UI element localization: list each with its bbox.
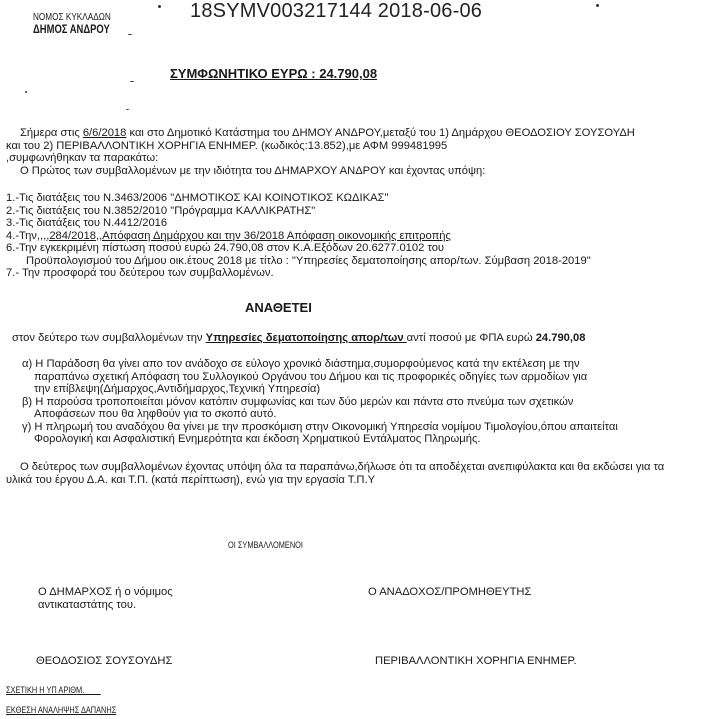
consideration-item: 7.- Την προσφορά του δεύτερου των συμβαλ… — [6, 267, 591, 280]
intro-paragraph: Σήμερα στις 6/6/2018 και στο Δημοτικό Κα… — [6, 127, 635, 177]
consideration-item-cont: Προϋπολογισμού του Δήμου οικ.έτους 2018 … — [6, 255, 591, 268]
considerations-list: 1.-Τις διατάξεις του Ν.3463/2006 "ΔΗΜΟΤΙ… — [6, 192, 591, 280]
consideration-item: 6.-Την εγκεκριμένη πίστωση ποσού ευρώ 24… — [6, 242, 591, 255]
footnote-line-2: ΕΚΘΕΣΗ ΑΝΑΛΗΨΗΣ ΔΑΠΑΝΗΣ — [6, 705, 116, 715]
intro-line-3: ,συμφωνήθηκαν τα παρακάτω: — [6, 152, 635, 165]
mayor-role-line: Ο ΔΗΜΑΡΧΟΣ ή ο νόμιμος — [38, 586, 173, 599]
assigns-heading: ΑΝΑΘΕΤΕΙ — [245, 300, 312, 315]
ada-stamp: 18SYMV003217144 2018-06-06 — [190, 0, 482, 23]
scan-speck — [126, 109, 129, 110]
assignment-line: στον δεύτερο των συμβαλλομένων την Υπηρε… — [12, 332, 585, 344]
closing-line-1: Ο δεύτερος των συμβαλλομένων έχοντας υπό… — [6, 461, 664, 474]
municipality-label: ΔΗΜΟΣ ΑΝΔΡΟΥ — [33, 24, 127, 36]
mayor-role-line: αντικαταστάτης του. — [38, 599, 173, 612]
consideration-item: 1.-Τις διατάξεις του Ν.3463/2006 "ΔΗΜΟΤΙ… — [6, 192, 591, 205]
prefecture-label: ΝΟΜΟΣ ΚΥΚΛΑΔΩΝ — [33, 12, 128, 23]
footnote-line-1: ΣΧΕΤΙΚΗ Η ΥΠ ΑΡΙΘΜ.____ — [6, 685, 116, 695]
intro-line-2: και του 2) ΠΕΡΙΒΑΛΛΟΝΤΙΚΗ ΧΟΡΗΓΙΑ ΕΝΗΜΕΡ… — [6, 140, 635, 153]
closing-paragraph: Ο δεύτερος των συμβαλλομένων έχοντας υπό… — [6, 461, 664, 486]
contract-date: 6/6/2018 — [83, 127, 127, 139]
term-alpha-cont: παραπάνω σχετική Απόφαση του Συλλογικού … — [22, 371, 618, 384]
scan-speck — [596, 4, 599, 7]
term-gamma: γ) Η πληρωμή του αναδόχου θα γίνει με τη… — [22, 421, 618, 434]
term-beta-cont: Αποφάσεων που θα ληφθούν για το σκοπό αυ… — [22, 408, 618, 421]
term-alpha: α) Η Παράδοση θα γίνει απο τον ανάδοχο σ… — [22, 358, 618, 371]
contractor-name: ΠΕΡΙΒΑΛΛΟΝΤΙΚΗ ΧΟΡΗΓΙΑ ΕΝΗΜΕΡ. — [375, 655, 577, 667]
parties-label: ΟΙ ΣΥΜΒΑΛΛΟΜΕΝΟΙ — [228, 540, 319, 550]
consideration-item: 4.-Την,,,,284/2018,,Απόφαση Δημάρχου και… — [6, 230, 591, 243]
amount: 24.790,08 — [536, 332, 586, 344]
footnote: ΣΧΕΤΙΚΗ Η ΥΠ ΑΡΙΘΜ.____ ΕΚΘΕΣΗ ΑΝΑΛΗΨΗΣ … — [6, 685, 140, 715]
scan-speck — [25, 91, 27, 93]
scan-speck — [128, 34, 132, 35]
consideration-item: 3.-Τις διατάξεις του Ν.4412/2016 — [6, 217, 591, 230]
term-alpha-cont: την επίβλεψη(Δήμαρχος,Αντιδήμαρχος,Τεχνι… — [22, 383, 618, 396]
service-name: Υπηρεσίες δεματοποίησης απορ/των — [206, 332, 407, 344]
contractor-role: Ο ΑΝΑΔΟΧΟΣ/ΠΡΟΜΗΘΕΥΤΗΣ — [368, 586, 531, 598]
term-beta: β) Η παρούσα τροποποιείται μόνον κατόπιν… — [22, 396, 618, 409]
mayor-role: Ο ΔΗΜΑΡΧΟΣ ή ο νόμιμος αντικαταστάτης το… — [38, 586, 173, 612]
consideration-item: 2.-Τις διατάξεις του Ν.3852/2010 "Πρόγρα… — [6, 205, 591, 218]
mayor-name: ΘΕΟΔΟΣΙΟΣ ΣΟΥΣΟΥΔΗΣ — [36, 655, 172, 667]
terms-list: α) Η Παράδοση θα γίνει απο τον ανάδοχο σ… — [22, 358, 618, 446]
scan-speck — [130, 81, 134, 82]
scan-speck — [158, 5, 161, 8]
intro-line-4: Ο Πρώτος των συμβαλλομένων με την ιδιότη… — [6, 165, 635, 178]
document-title: ΣΥΜΦΩΝΗΤΙΚΟ ΕΥΡΩ : 24.790,08 — [170, 66, 377, 81]
intro-line-1: Σήμερα στις 6/6/2018 και στο Δημοτικό Κα… — [6, 127, 635, 140]
term-gamma-cont: Φορολογική και Ασφαλιστική Ενημερότητα κ… — [22, 433, 618, 446]
closing-line-2: υλικά του έργου Δ.Α. και Τ.Π. (κατά περί… — [6, 474, 664, 487]
